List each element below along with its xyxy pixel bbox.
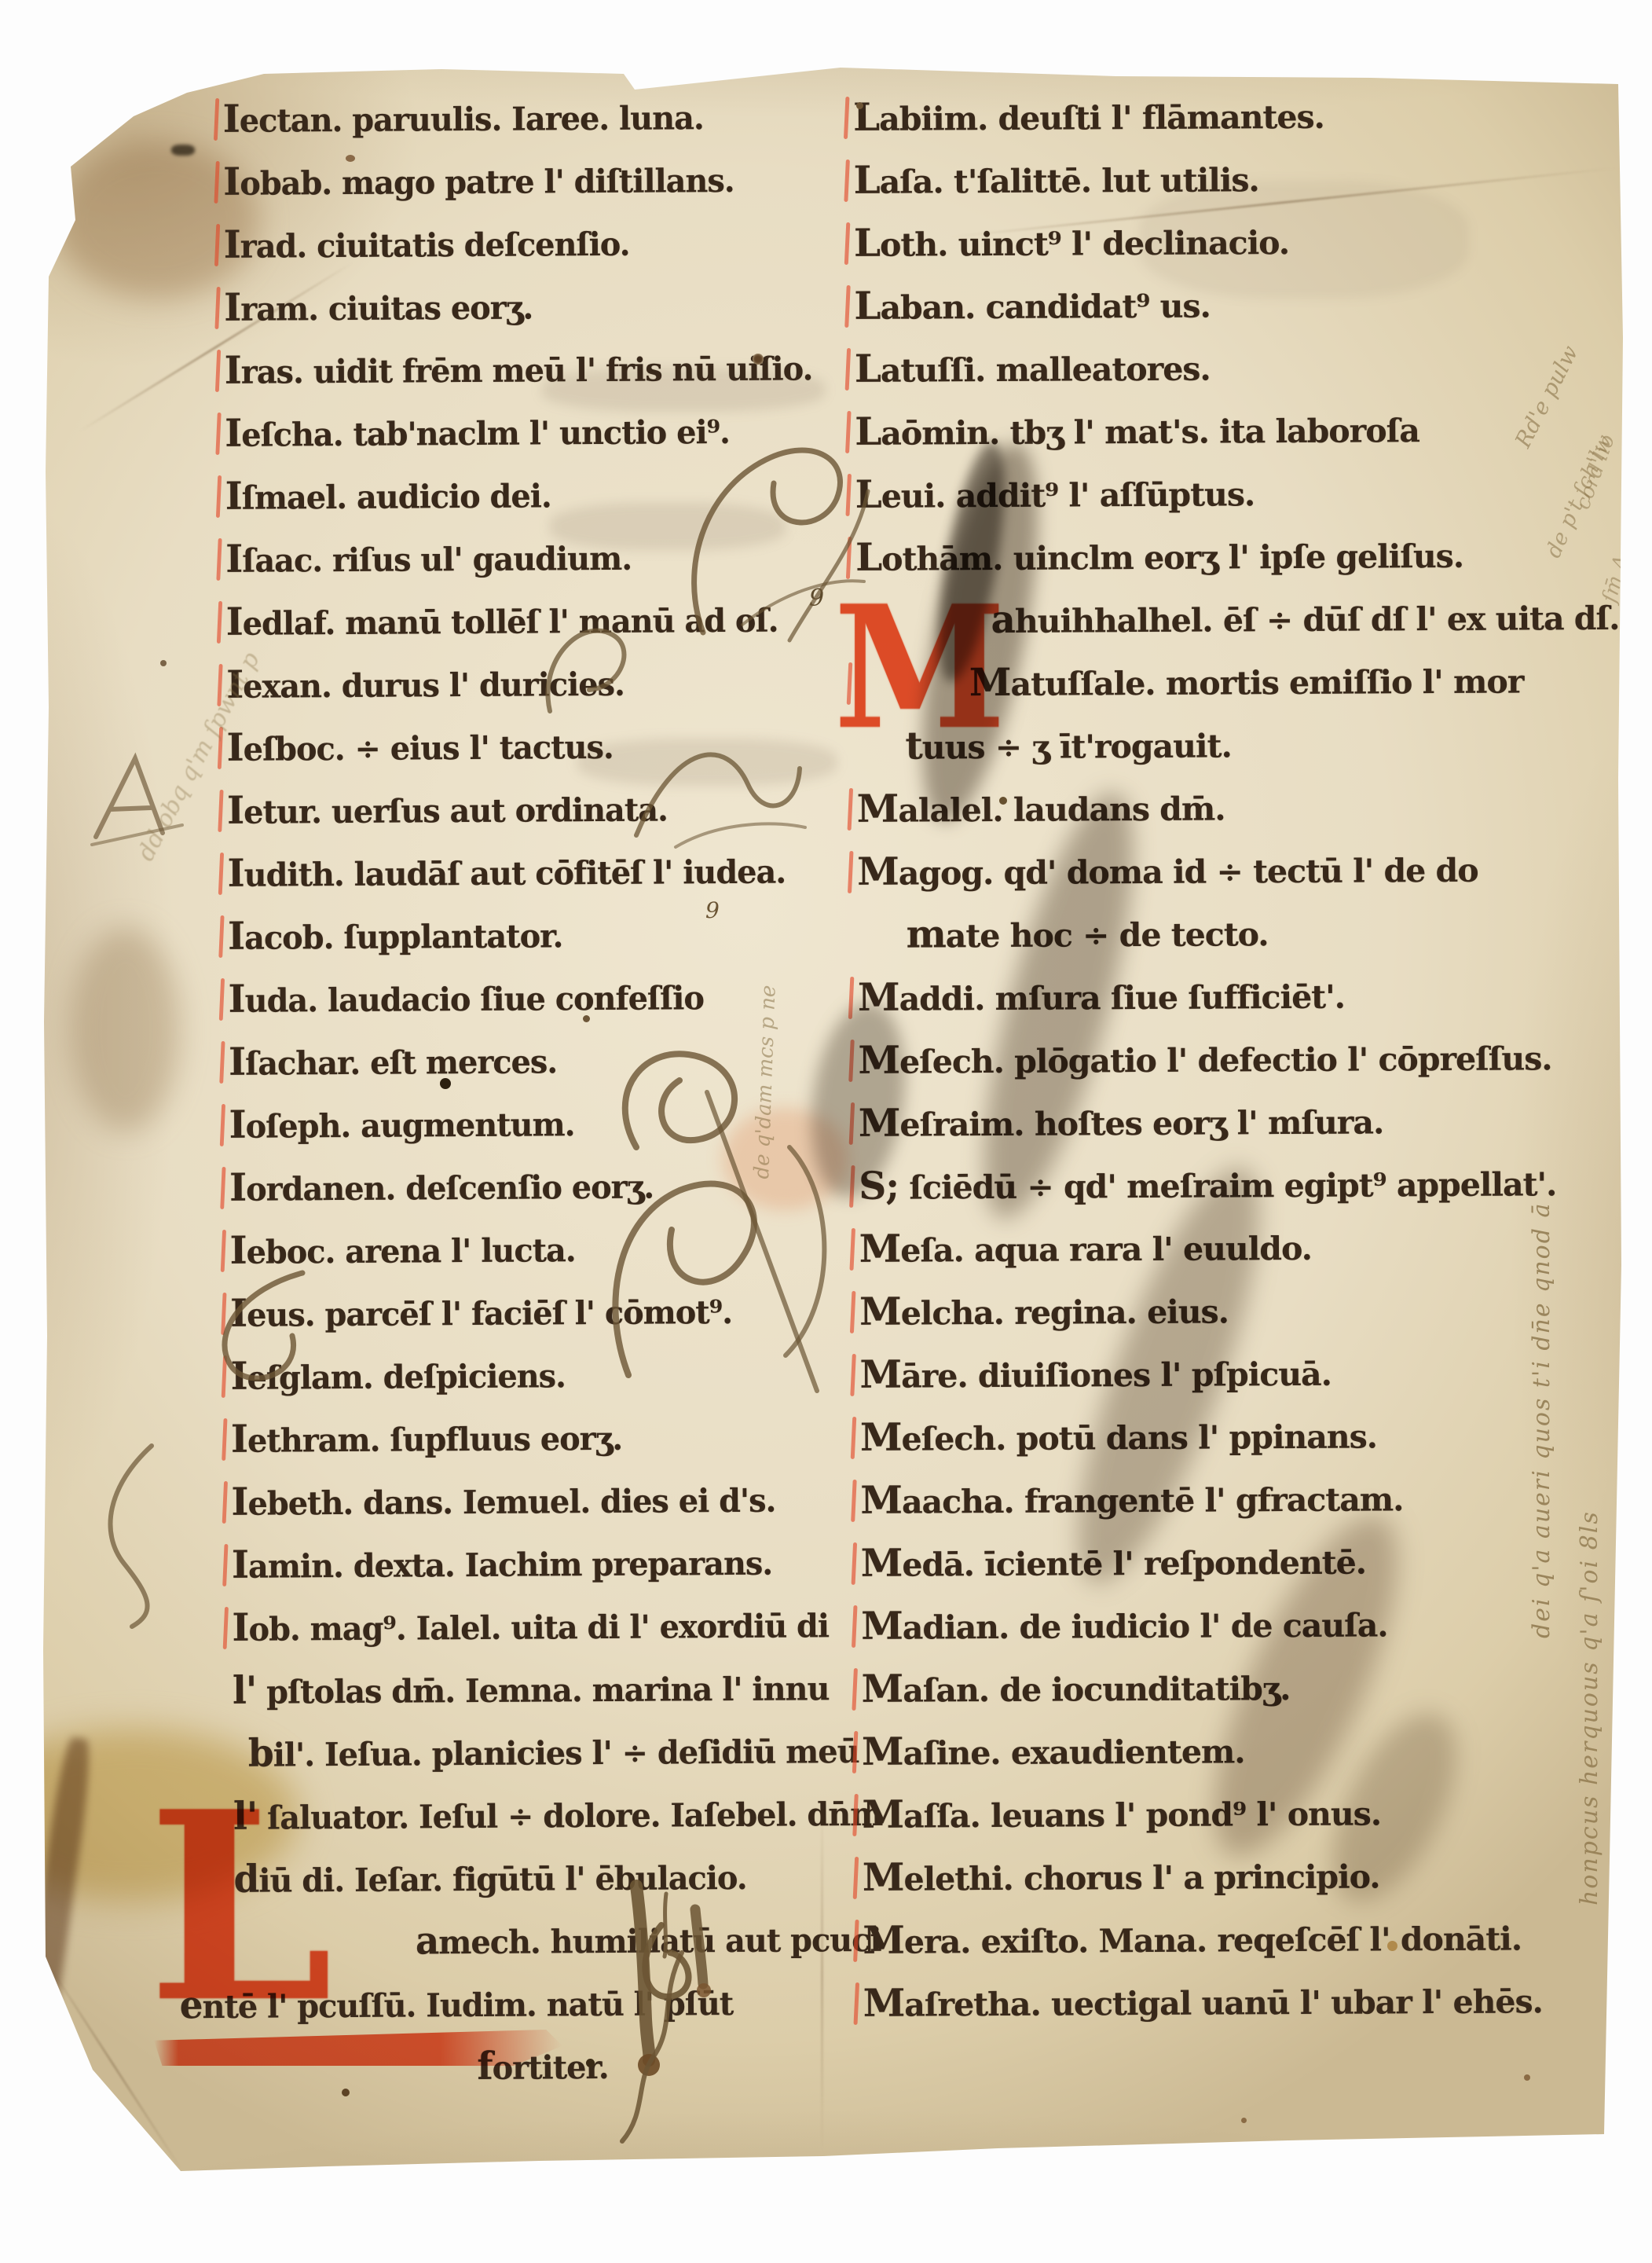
- glossary-line: Loth. uinct⁹ l' declinacio.: [843, 208, 1617, 275]
- glossary-line: Magog. qd' doma id ÷ tectū l' de do: [846, 837, 1621, 904]
- marginalia-right-vertical: honpcus herquous q'a ſ'oi 8ls: [1576, 1510, 1603, 1905]
- pen-flourish: [581, 998, 848, 1422]
- glossary-line: S; ſciēdū ÷ qd' meſraim egipt⁹ appellat'…: [848, 1151, 1622, 1218]
- speck: [1524, 2074, 1530, 2081]
- glossary-line: Maſan. de iocunditatibʒ.: [850, 1654, 1625, 1721]
- tan-stain: [71, 927, 181, 1131]
- glossary-line: Meſraim. hoſtes eorʒ l' mſura.: [848, 1088, 1622, 1155]
- pen-flourish: [93, 1438, 171, 1634]
- marginalia-right-vertical: Amenſis: [1620, 1095, 1646, 1202]
- glossary-line: Meſa. aqua rara l' euuldo.: [848, 1214, 1623, 1281]
- pen-flourish: [672, 428, 876, 656]
- pen-flourish: [534, 613, 644, 731]
- glossary-line: Laſa. t'ſalittē. lut utilis.: [842, 145, 1617, 212]
- glossary-line: Iebeth. dans. Iemuel. dies ei d's.: [221, 1467, 881, 1534]
- glossary-line: Iectan. paruulis. Iaree. luna.: [212, 84, 872, 151]
- glossary-line: Laōmin. tbʒ l' mat's. ita laboroſa: [844, 397, 1618, 464]
- glossary-line: Maſſa. leuans l' pond⁹ l' onus.: [851, 1780, 1625, 1847]
- glossary-line: Māre. diuiſiones l' pſpicuā.: [848, 1340, 1623, 1407]
- glossary-line: Labiim. deuſti l' flāmantes.: [842, 83, 1617, 149]
- glossary-line: Meſech. plōgatio l' defectio l' cōpreſſu…: [847, 1025, 1621, 1092]
- glossary-line: mate hoc ÷ de tecto.: [846, 900, 1621, 966]
- glossary-line: Irad. ciuitatis deſcenſio.: [213, 210, 873, 277]
- glossary-line: Iram. ciuitas eorʒ.: [213, 273, 873, 339]
- glossary-line: Iras. uidit frēm meū l' fris nū uiſio.: [214, 336, 874, 402]
- glossary-line: Mera. exiſto. Mana. reqeſcēſ l' donāti.: [852, 1905, 1626, 1972]
- red-initial-L: L: [148, 1777, 334, 2037]
- right-column: Labiim. deuſti l' flāmantes.Laſa. t'ſali…: [842, 83, 1627, 2035]
- scan-backdrop: Iectan. paruulis. Iaree. luna.Iobab. mag…: [0, 0, 1652, 2263]
- glossary-line: l' pſtolas dm̄. Iemna. marina l' innu: [222, 1656, 881, 1722]
- glossary-line: Melethi. chorus l' a principio.: [852, 1843, 1626, 1909]
- edge-wedge-bottom-left: [18, 1736, 95, 2067]
- speck: [1241, 2118, 1247, 2123]
- glossary-line: Latuſſi. malleatores.: [844, 334, 1618, 401]
- glossary-line: Iacob. ſupplantator.: [217, 901, 877, 968]
- glossary-line: Laban. candidat⁹ us.: [843, 271, 1617, 338]
- glossary-line: Maſine. exaudientem.: [851, 1717, 1625, 1784]
- glossary-line: Maſretha. uectigal uanū l' ubar l' ehēs.: [852, 1968, 1627, 2035]
- glossary-line: Iob. mag⁹. Ialel. uita di l' exordiū di: [222, 1593, 881, 1660]
- glossary-line: Maacha. frangentē l' gfractam.: [849, 1465, 1624, 1532]
- gutter-us-mark: 9: [705, 897, 720, 923]
- glossary-line: Iamin. dexta. Iachim preparans.: [221, 1530, 881, 1597]
- pen-flourish: [196, 1257, 322, 1399]
- glossary-line: Malalel. laudans dm̄.: [846, 774, 1621, 841]
- glossary-line: Meſech. potū dans l' ppinans.: [849, 1403, 1624, 1469]
- marginalia-left-edge: sm: [17, 1218, 52, 1260]
- glossary-line: Maddi. mſura ſiue ſufficiēt'.: [847, 963, 1621, 1029]
- pen-flourish: [628, 721, 809, 855]
- glossary-line: Iobab. mago patre l' diſtillans.: [212, 147, 872, 214]
- marginalia-right-vertical: dei q'a aueri quos t'i dn̄e qnod ā: [1528, 1202, 1555, 1638]
- glossary-line: Melcha. regina. eius.: [848, 1277, 1623, 1344]
- glossary-line: Medā. īcientē l' reſpondentē.: [850, 1528, 1625, 1595]
- glossary-line: Leui. addit⁹ l' aſſūptus.: [844, 460, 1619, 526]
- ink-drip: [597, 1878, 801, 2161]
- manuscript-leaf: Iectan. paruulis. Iaree. luna.Iobab. mag…: [0, 0, 1652, 2263]
- glossary-line: Madian. de iudicio l' de cauſa.: [850, 1591, 1625, 1658]
- speck: [160, 660, 167, 666]
- edge-mark-top: [171, 145, 195, 156]
